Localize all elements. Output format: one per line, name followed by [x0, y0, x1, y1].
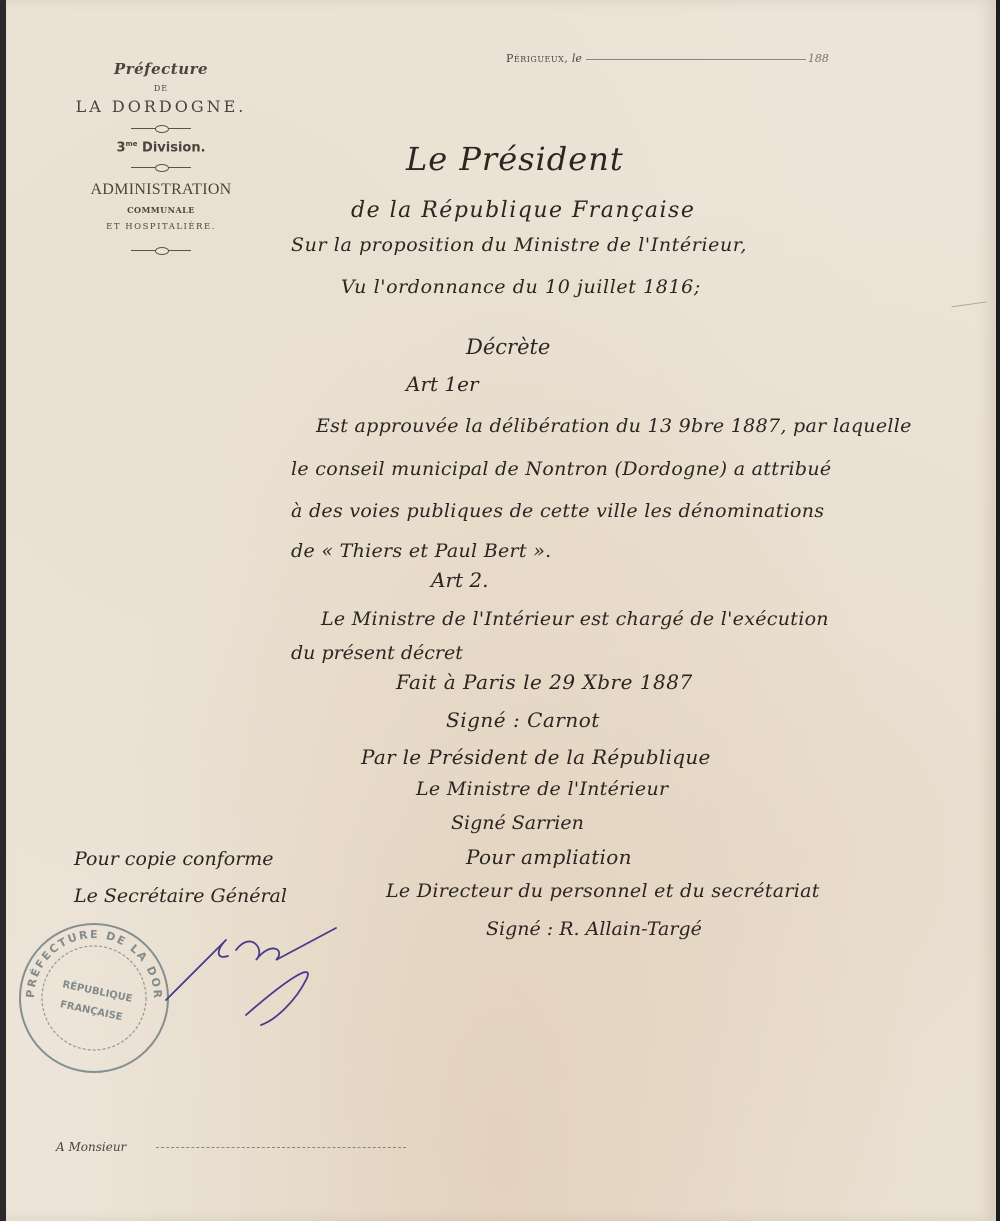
letterhead-de: DE: [46, 84, 276, 93]
certification-copie-conforme: Pour copie conforme: [74, 848, 274, 870]
division-superscript: me: [125, 140, 137, 148]
decree-date-place: Fait à Paris le 29 Xbre 1887: [396, 670, 693, 694]
letterhead-prefecture: Préfecture: [46, 60, 276, 78]
signed-sarrien: Signé Sarrien: [451, 812, 584, 834]
decree-decrete: Décrète: [466, 335, 550, 359]
letterhead-communale: COMMUNALE: [46, 205, 276, 215]
letterhead-administration: ADMINISTRATION: [46, 181, 276, 199]
decree-republique: de la République Française: [351, 198, 695, 223]
article-1-line: de « Thiers et Paul Bert ».: [291, 540, 551, 562]
scan-edge: [996, 0, 1000, 1221]
par-le-president: Par le Président de la République: [361, 745, 711, 769]
article-1-line: Est approuvée la délibération du 13 9bre…: [316, 415, 912, 437]
decree-ordonnance: Vu l'ordonnance du 10 juillet 1816;: [341, 276, 701, 298]
article-2-line: du présent décret: [291, 642, 463, 664]
dateline-city: Périgueux,: [506, 52, 568, 65]
ornament-divider-icon: [131, 124, 191, 132]
article-1-heading: Art 1er: [406, 372, 479, 396]
pour-ampliation: Pour ampliation: [466, 845, 632, 869]
signed-allain-targe: Signé : R. Allain-Targé: [486, 918, 702, 940]
ornament-divider-icon: [131, 246, 191, 254]
letterhead-hospitaliere: ET HOSPITALIÈRE.: [46, 222, 276, 232]
decree-proposition: Sur la proposition du Ministre de l'Inté…: [291, 234, 747, 256]
dateline-le: le: [572, 52, 582, 65]
footer-addressee: A Monsieur: [56, 1140, 406, 1154]
addressee-label: A Monsieur: [56, 1140, 126, 1154]
document-page: Préfecture DE LA DORDOGNE. 3me Division.…: [6, 0, 996, 1221]
purple-signature-icon: [156, 920, 386, 1030]
minister-title: Le Ministre de l'Intérieur: [416, 778, 668, 800]
dateline: Périgueux, le188: [506, 52, 886, 65]
letterhead-division: 3me Division.: [46, 140, 276, 155]
signed-carnot: Signé : Carnot: [446, 708, 600, 732]
paper-crease: [951, 298, 986, 308]
ornament-divider-icon: [131, 163, 191, 171]
dateline-year: 188: [808, 52, 829, 65]
official-seal-stamp-icon: PRÉFECTURE DE LA DORDOGNE RÉPUBLIQUE FRA…: [14, 918, 174, 1078]
letterhead: Préfecture DE LA DORDOGNE. 3me Division.…: [46, 60, 276, 262]
article-1-line: le conseil municipal de Nontron (Dordogn…: [291, 458, 831, 480]
addressee-blank-rule: [156, 1147, 406, 1148]
division-label: Division.: [138, 140, 206, 155]
svg-text:FRANÇAISE: FRANÇAISE: [59, 999, 124, 1023]
directeur-title: Le Directeur du personnel et du secrétar…: [386, 880, 820, 902]
article-1-line: à des voies publiques de cette ville les…: [291, 500, 824, 522]
dateline-blank-rule: [586, 59, 806, 60]
letterhead-department: LA DORDOGNE.: [46, 97, 276, 116]
decree-title: Le Président: [406, 140, 624, 178]
certification-secretaire-general: Le Secrétaire Général: [74, 885, 287, 907]
article-2-heading: Art 2.: [431, 568, 488, 592]
article-2-line: Le Ministre de l'Intérieur est chargé de…: [321, 608, 829, 630]
